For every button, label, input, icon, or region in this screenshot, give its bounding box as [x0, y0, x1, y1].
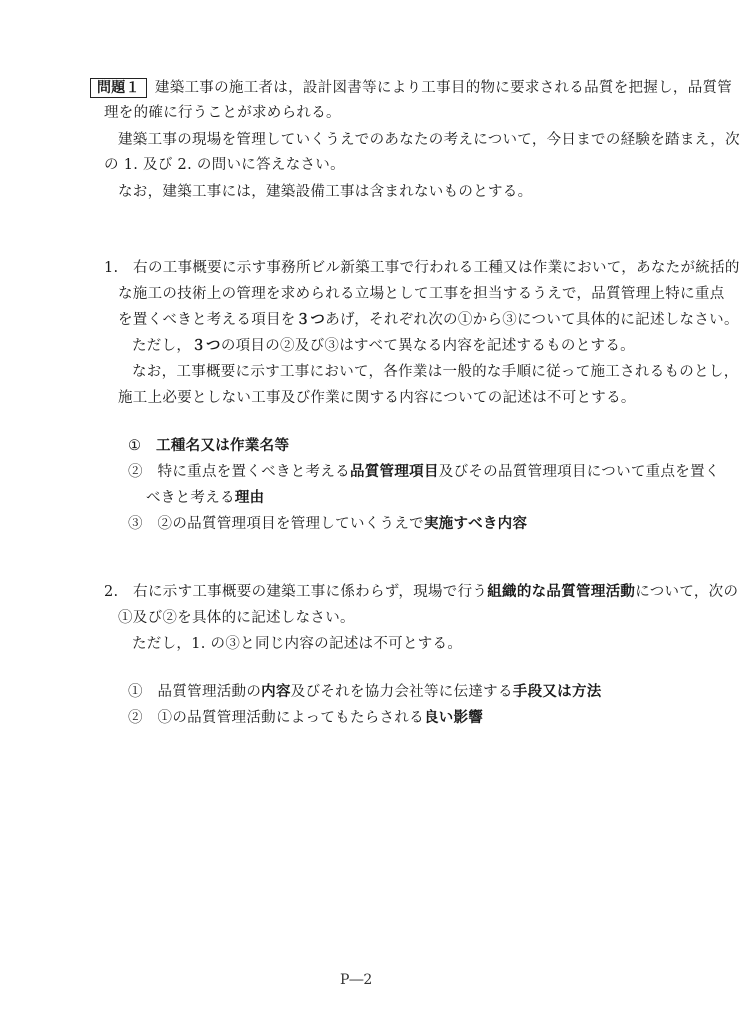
q2-item-1: ① 品質管理活動の内容及びそれを協力会社等に伝達する手段又は方法 — [128, 682, 602, 702]
q1-line-1: 1. 右の工事概要に示す事務所ビル新築工事で行われる工種又は作業において，あなた… — [104, 258, 740, 278]
q2-number: 2. — [104, 584, 118, 600]
intro-line-5: なお，建築工事には，建築設備工事は含まれないものとする。 — [118, 182, 532, 202]
exam-page: 問題１建築工事の施工者は，設計図書等により工事目的物に要求される品質を把握し，品… — [0, 0, 742, 1024]
q1-line-4: ただし，３つの項目の②及び③はすべて異なる内容を記述するものとする。 — [132, 336, 635, 356]
q1-item-3: ③ ②の品質管理項目を管理していくうえで実施すべき内容 — [128, 514, 527, 534]
q1-item-1: ① 工種名又は作業名等 — [128, 436, 289, 456]
q2-line-3: ただし，1. の③と同じ内容の記述は不可とする。 — [132, 634, 462, 654]
q1-line-2: な施工の技術上の管理を求められる立場として工事を担当するうえで，品質管理上特に重… — [118, 284, 725, 304]
intro-line-4: の 1. 及び 2. の問いに答えなさい。 — [104, 155, 345, 175]
q1-line-3: を置くべきと考える項目を３つあげ，それぞれ次の①から③について具体的に記述しなさ… — [118, 310, 739, 330]
q2-line-1: 2. 右に示す工事概要の建築工事に係わらず，現場で行う組織的な品質管理活動につい… — [104, 582, 738, 602]
q2-item-2: ② ①の品質管理活動によってもたらされる良い影響 — [128, 708, 483, 728]
intro-line-1: 問題１建築工事の施工者は，設計図書等により工事目的物に要求される品質を把握し，品… — [90, 78, 732, 98]
q1-line-5: なお，工事概要に示す工事において，各作業は一般的な手順に従って施工されるものとし… — [132, 362, 739, 382]
page-number: P―2 — [340, 972, 372, 988]
intro-line-3: 建築工事の現場を管理していくうえでのあなたの考えについて，今日までの経験を踏まえ… — [118, 130, 740, 150]
q1-item-2-cont: べきと考える理由 — [146, 488, 264, 508]
intro-line-2: 理を的確に行うことが求められる。 — [104, 103, 341, 123]
q2-line-2: ①及び②を具体的に記述しなさい。 — [118, 608, 355, 628]
q1-line-6: 施工上必要としない工事及び作業に関する内容についての記述は不可とする。 — [118, 388, 636, 408]
q1-item-2: ② 特に重点を置くべきと考える品質管理項目及びその品質管理項目について重点を置く — [128, 462, 720, 482]
q1-number: 1. — [104, 260, 118, 276]
question-label-box: 問題１ — [90, 78, 147, 98]
